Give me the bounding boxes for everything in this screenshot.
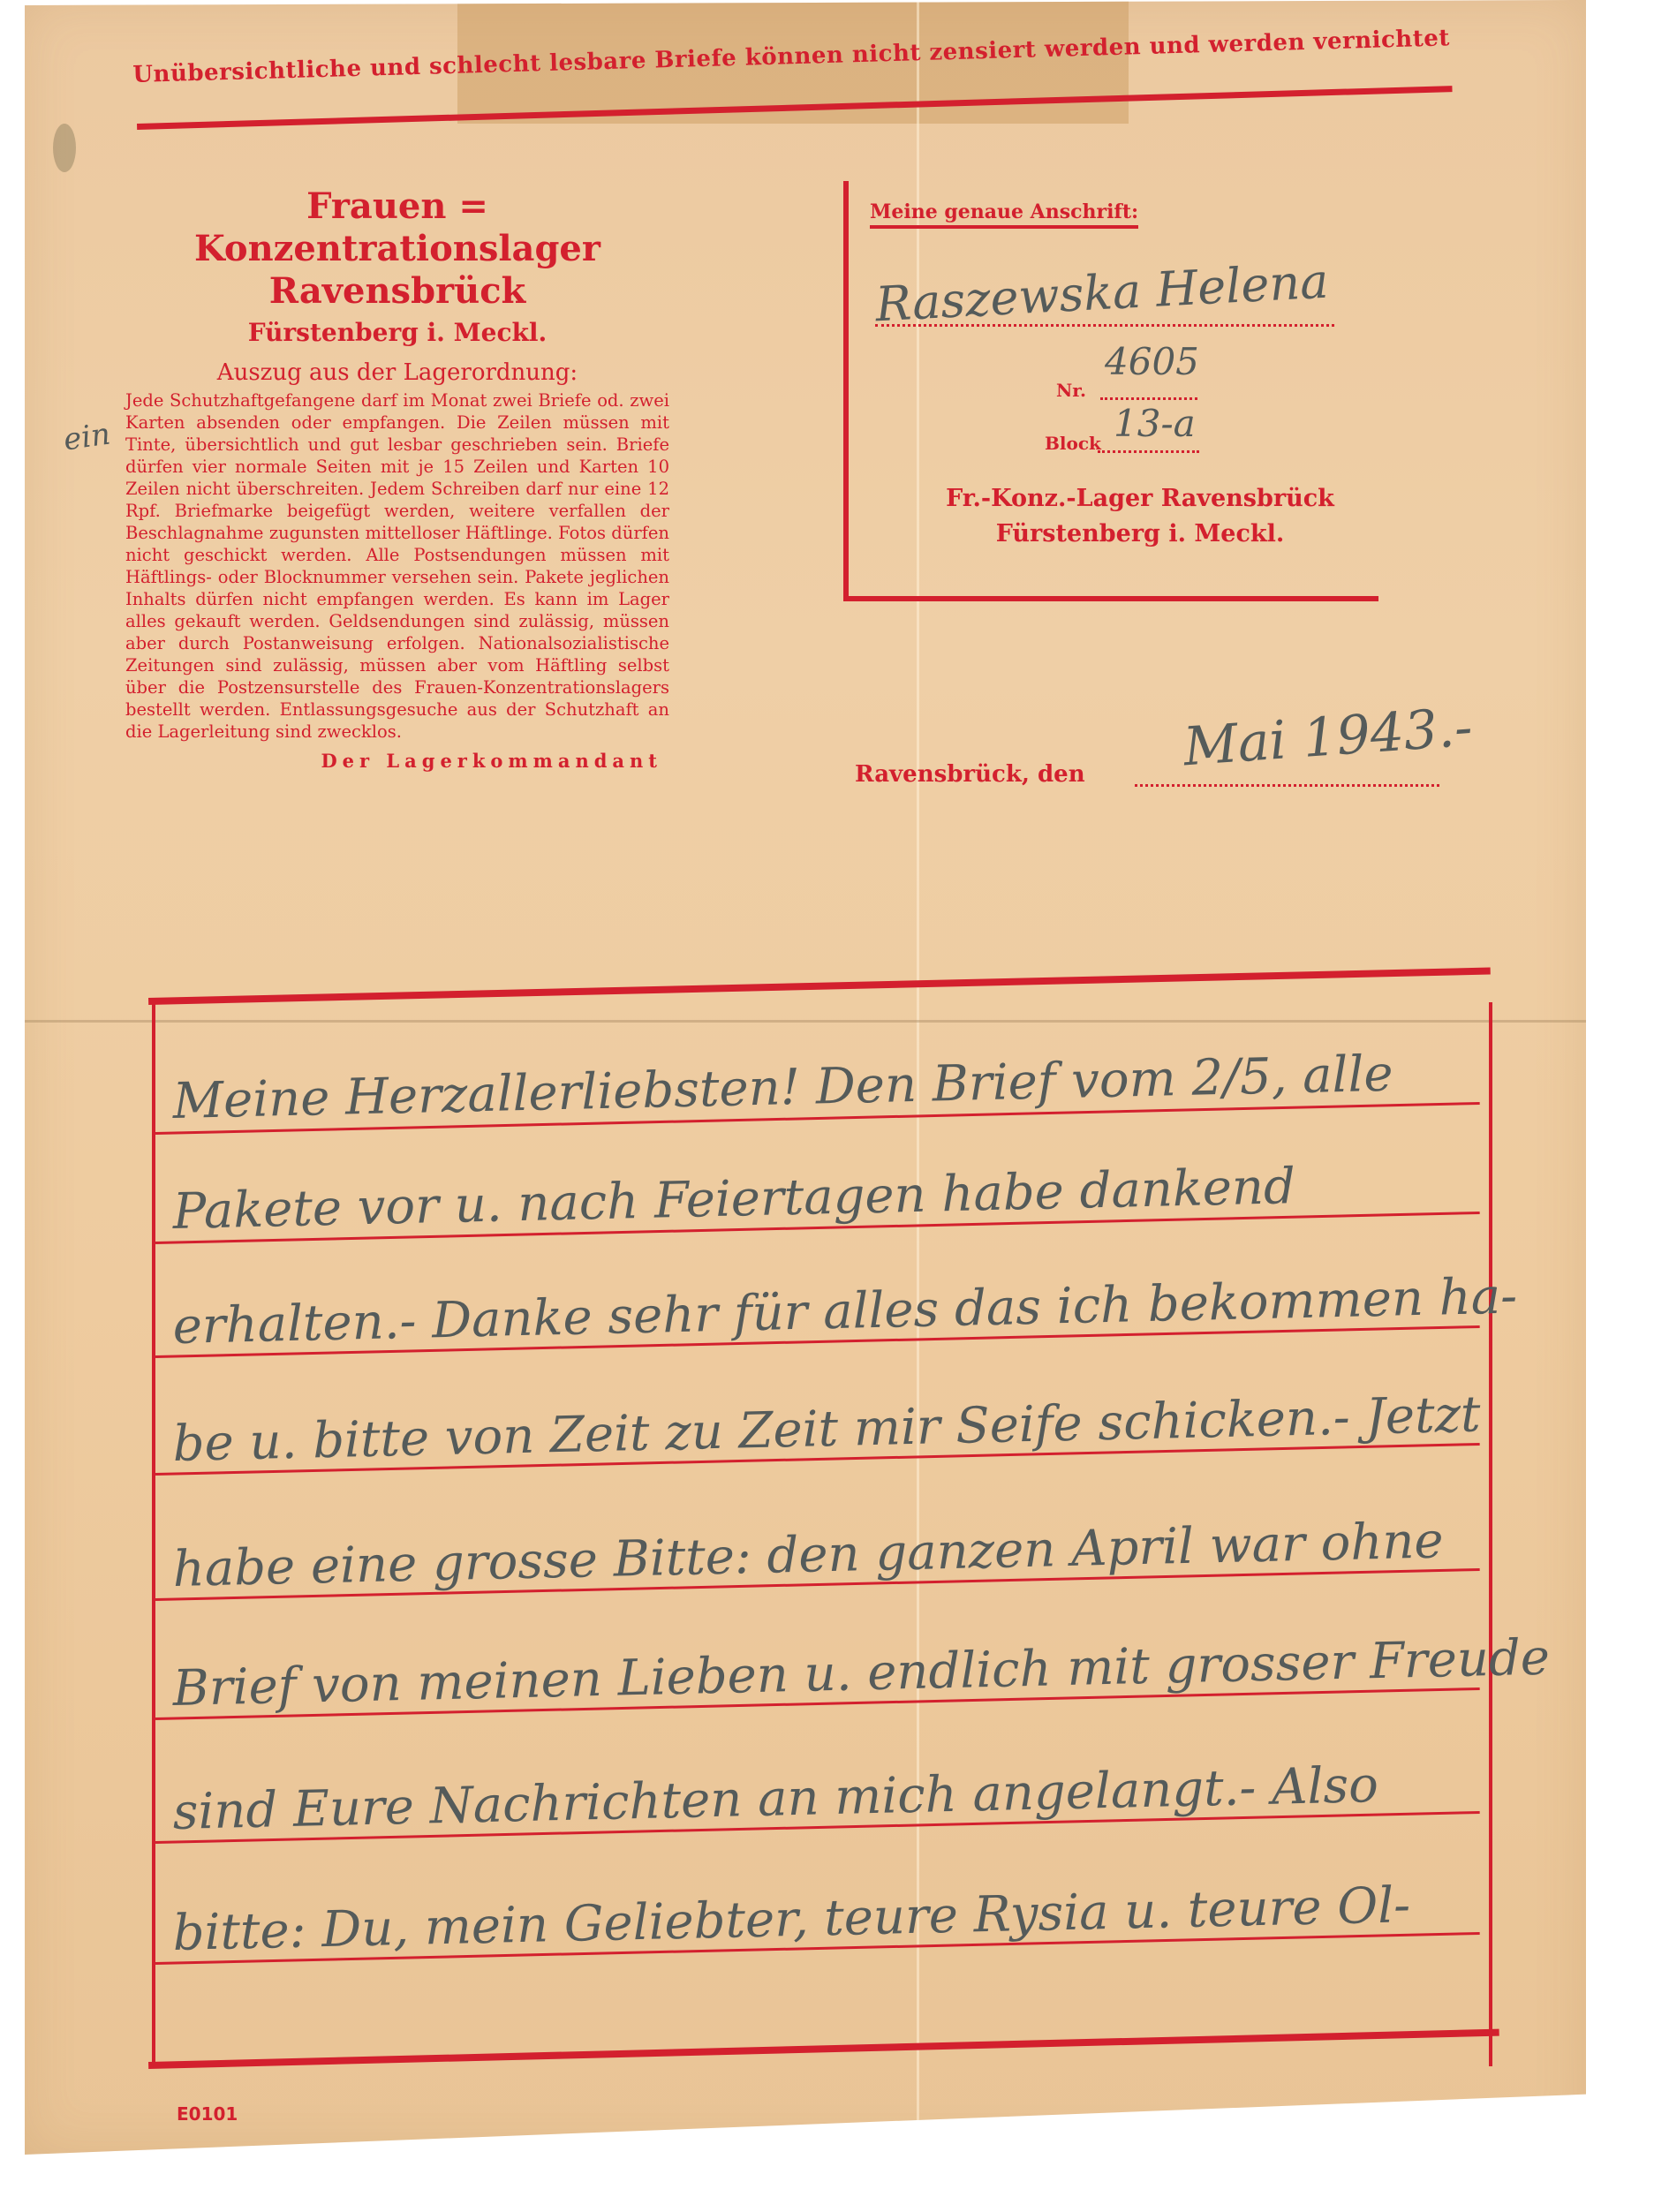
camp-rules-text: Jede Schutzhaftgefangene darf im Monat z… xyxy=(124,389,671,743)
block-number: 13-a xyxy=(1114,402,1196,445)
commandant-signature: Der Lagerkommandant xyxy=(124,750,671,772)
nr-label: Nr. xyxy=(1056,380,1086,401)
date-dotted-line xyxy=(1135,784,1439,787)
date-label: Ravensbrück, den xyxy=(855,761,1085,788)
stain xyxy=(53,124,76,172)
name-dotted-line xyxy=(875,324,1334,327)
prisoner-number: 4605 xyxy=(1105,340,1199,383)
address-label: Meine genaue Anschrift: xyxy=(870,200,1138,229)
camp-address-line1: Fr.-Konz.-Lager Ravensbrück xyxy=(910,481,1370,517)
margin-note: ein xyxy=(61,417,112,458)
camp-title-line2: Ravensbrück xyxy=(124,270,671,313)
nr-dotted-line xyxy=(1100,397,1197,400)
camp-location: Fürstenberg i. Meckl. xyxy=(124,318,671,347)
address-box: Meine genaue Anschrift: Raszewska Helena… xyxy=(843,181,1378,601)
form-code: E0101 xyxy=(177,2103,238,2125)
block-dotted-line xyxy=(1098,450,1199,453)
camp-address-line2: Fürstenberg i. Meckl. xyxy=(910,517,1370,552)
camp-title-line1: Frauen = Konzentrationslager xyxy=(124,185,671,270)
camp-info-block: Frauen = Konzentrationslager Ravensbrück… xyxy=(124,185,671,772)
prisoner-name: Raszewska Helena xyxy=(874,253,1330,333)
camp-address: Fr.-Konz.-Lager Ravensbrück Fürstenberg … xyxy=(910,481,1370,552)
block-label: Block xyxy=(1045,433,1101,454)
rules-heading: Auszug aus der Lagerordnung: xyxy=(124,359,671,386)
